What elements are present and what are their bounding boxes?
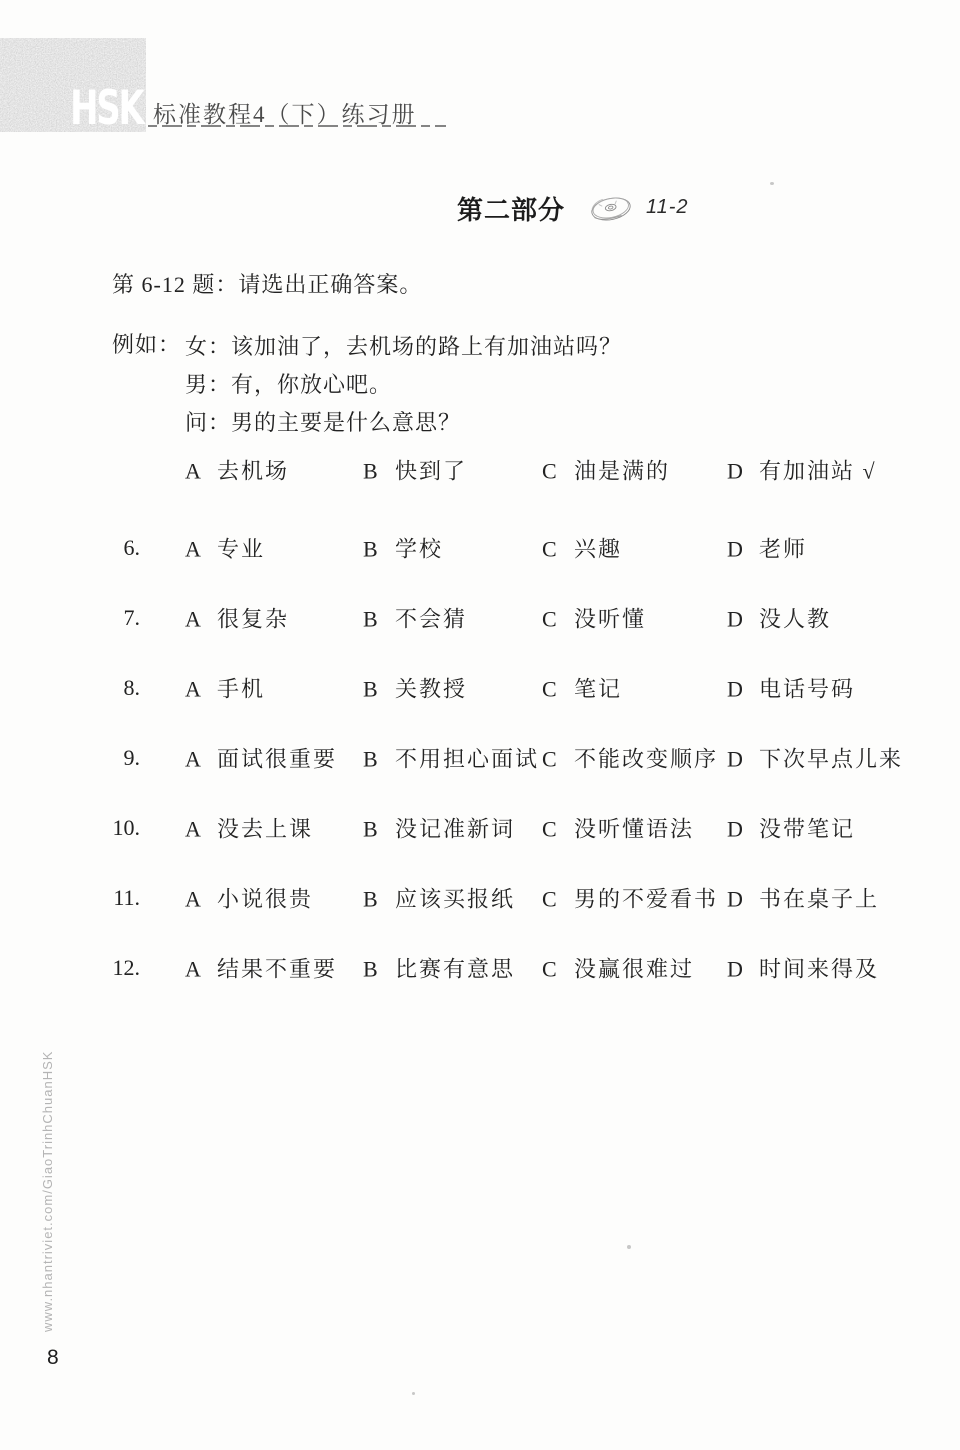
option-d: D下次早点儿来 — [727, 743, 903, 774]
dialogue-line: 男：有，你放心吧。 — [185, 366, 622, 404]
section-title: 第二部分 — [457, 190, 565, 227]
question-row-9: 9. A面试很重要 B不用担心面试 C不能改变顺序 D下次早点儿来 — [0, 723, 960, 793]
question-number: 6. — [86, 535, 140, 561]
cd-icon — [588, 191, 634, 227]
question-row-7: 7. A很复杂 B不会猜 C没听懂 D没人教 — [0, 583, 960, 653]
example-dialogue: 女：该加油了，去机场的路上有加油站吗？ 男：有，你放心吧。 问：男的主要是什么意… — [185, 328, 622, 442]
example-options-row: A去机场 B快到了 C油是满的 D有加油站 √ — [0, 448, 960, 492]
option-b: B不会猜 — [363, 603, 467, 634]
option-b: B学校 — [363, 533, 443, 564]
option-a: A很复杂 — [185, 603, 289, 634]
option-a: A手机 — [185, 673, 265, 704]
dialogue-text: 该加油了，去机场的路上有加油站吗？ — [231, 334, 622, 359]
option-a: A专业 — [185, 533, 265, 564]
option-c: C男的不爱看书 — [542, 883, 718, 914]
question-row-6: 6. A专业 B学校 C兴趣 D老师 — [0, 513, 960, 583]
option-c: C兴趣 — [542, 533, 622, 564]
scan-speck — [627, 1245, 631, 1249]
option-b: B没记准新词 — [363, 813, 515, 844]
question-number: 12. — [86, 955, 140, 981]
question-list: 6. A专业 B学校 C兴趣 D老师 7. A很复杂 B不会猜 C没听懂 D没人… — [0, 513, 960, 1003]
speaker-label: 男： — [185, 372, 231, 397]
option-a: A结果不重要 — [185, 953, 337, 984]
option-b: B不用担心面试 — [363, 743, 539, 774]
page: HSK 标准教程4（下）练习册 第二部分 11-2 第 6-12 题：请选出正确… — [0, 0, 960, 1450]
scan-speck — [770, 182, 774, 185]
option-d: D时间来得及 — [727, 953, 879, 984]
question-row-10: 10. A没去上课 B没记准新词 C没听懂语法 D没带笔记 — [0, 793, 960, 863]
example-label: 例如： — [112, 328, 181, 359]
example-option-b: B快到了 — [363, 455, 467, 486]
hsk-logo-text: HSK — [71, 85, 143, 132]
option-c: C没赢很难过 — [542, 953, 694, 984]
dialogue-line: 问：男的主要是什么意思？ — [185, 404, 622, 442]
option-d: D没人教 — [727, 603, 831, 634]
question-number: 10. — [86, 815, 140, 841]
header-dashed-rule — [147, 124, 447, 128]
speaker-label: 问： — [185, 410, 231, 435]
option-a: A没去上课 — [185, 813, 313, 844]
dialogue-text: 男的主要是什么意思？ — [231, 410, 461, 435]
speaker-label: 女： — [185, 334, 231, 359]
page-number: 8 — [47, 1346, 59, 1370]
question-row-12: 12. A结果不重要 B比赛有意思 C没赢很难过 D时间来得及 — [0, 933, 960, 1003]
option-d: D老师 — [727, 533, 807, 564]
example-option-a: A去机场 — [185, 455, 289, 486]
option-c: C没听懂语法 — [542, 813, 694, 844]
option-b: B比赛有意思 — [363, 953, 515, 984]
question-number: 9. — [86, 745, 140, 771]
question-row-11: 11. A小说很贵 B应该买报纸 C男的不爱看书 D书在桌子上 — [0, 863, 960, 933]
audio-track-label: 11-2 — [646, 196, 689, 219]
question-number: 8. — [86, 675, 140, 701]
question-row-8: 8. A手机 B关教授 C笔记 D电话号码 — [0, 653, 960, 723]
question-number: 11. — [86, 885, 140, 911]
option-a: A小说很贵 — [185, 883, 313, 914]
dialogue-text: 有，你放心吧。 — [231, 372, 392, 397]
side-watermark: www.nhantriviet.com/GiaoTrinhChuanHSK — [40, 1030, 55, 1332]
example-option-c: C油是满的 — [542, 455, 670, 486]
option-d: D电话号码 — [727, 673, 855, 704]
option-d: D没带笔记 — [727, 813, 855, 844]
option-b: B关教授 — [363, 673, 467, 704]
option-a: A面试很重要 — [185, 743, 337, 774]
hsk-logo-block: HSK — [0, 38, 146, 132]
option-c: C没听懂 — [542, 603, 646, 634]
option-c: C笔记 — [542, 673, 622, 704]
example-option-d: D有加油站 √ — [727, 455, 877, 486]
option-d: D书在桌子上 — [727, 883, 879, 914]
question-number: 7. — [86, 605, 140, 631]
dialogue-line: 女：该加油了，去机场的路上有加油站吗？ — [185, 328, 622, 366]
scan-speck — [412, 1392, 415, 1395]
option-c: C不能改变顺序 — [542, 743, 718, 774]
instruction-text: 第 6-12 题：请选出正确答案。 — [112, 268, 422, 299]
option-b: B应该买报纸 — [363, 883, 515, 914]
